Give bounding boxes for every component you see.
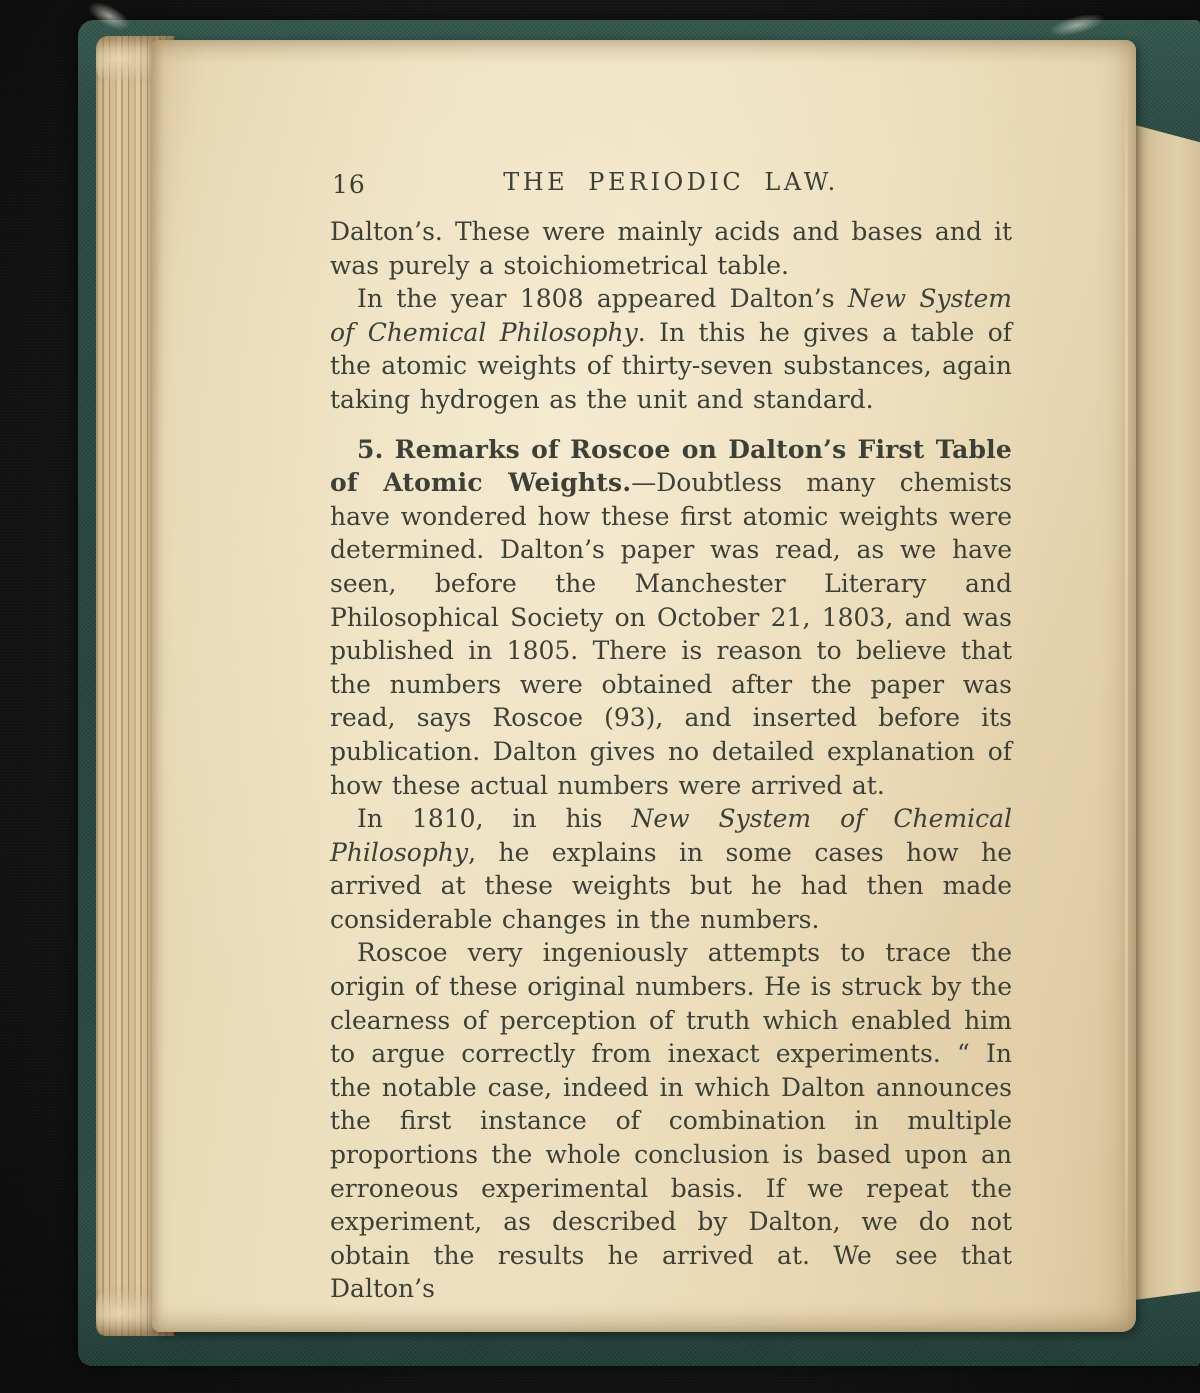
text-run: Roscoe very ingeniously attempts to trac… bbox=[330, 938, 1012, 1303]
paragraph-5: Roscoe very ingeniously attempts to trac… bbox=[330, 936, 1012, 1306]
text-run: In 1810, in his bbox=[357, 804, 631, 833]
page-header: 16 THE PERIODIC LAW. bbox=[330, 168, 1012, 200]
text-run: —Doubtless many chemists have wondered h… bbox=[330, 468, 1012, 799]
text-run: In the year 1808 appeared Dalton’s bbox=[357, 284, 848, 313]
paragraph-1: Dalton’s. These were mainly acids and ba… bbox=[330, 215, 1012, 282]
book-page: 16 THE PERIODIC LAW. Dalton’s. These wer… bbox=[152, 40, 1136, 1332]
text-run: Dalton’s. These were mainly acids and ba… bbox=[330, 217, 1012, 280]
paragraph-2: In the year 1808 appeared Dalton’s New S… bbox=[330, 282, 1012, 416]
gutter-page bbox=[1128, 116, 1200, 1308]
paragraph-4: In 1810, in his New System of Chemical P… bbox=[330, 802, 1012, 936]
page-number: 16 bbox=[332, 170, 366, 199]
photo-background: 16 THE PERIODIC LAW. Dalton’s. These wer… bbox=[0, 0, 1200, 1393]
text-block: 16 THE PERIODIC LAW. Dalton’s. These wer… bbox=[330, 168, 1012, 1306]
paragraph-3-section-5: 5. Remarks of Roscoe on Dalton’s First T… bbox=[330, 433, 1012, 803]
running-title: THE PERIODIC LAW. bbox=[330, 168, 1012, 196]
